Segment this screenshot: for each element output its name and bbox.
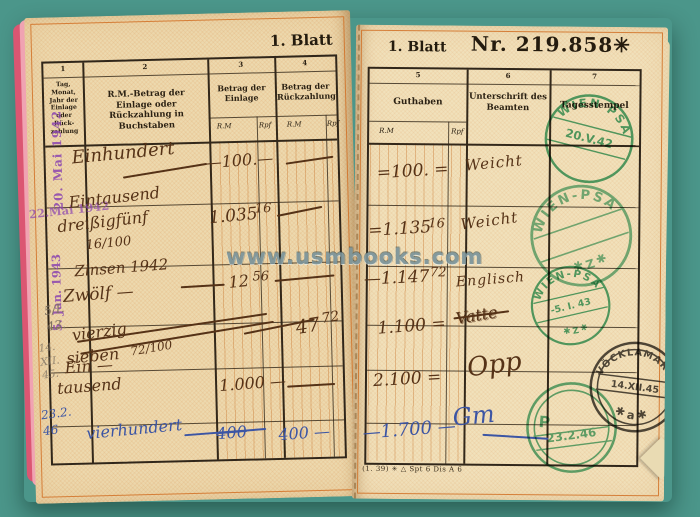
row6-rueckzahlung-amount: 400 — <box>278 421 331 444</box>
col5-rpf-label: Rpf <box>451 127 463 135</box>
row2-guthaben: =1.135 <box>368 217 432 241</box>
col1-number: 1 <box>43 65 82 75</box>
row2-einlage-rpf: 16 <box>255 201 272 216</box>
col5-number: 5 <box>370 71 467 81</box>
photo-of-open-savings-book: 1. Blatt 1 2 3 4 Tag, Monat, Jahr der Ei… <box>0 0 700 517</box>
col3-rpf-label: Rpf <box>259 121 272 129</box>
col4-rm-label: R.M <box>287 120 302 128</box>
right-sheet-label: 1. Blatt <box>388 39 447 56</box>
col3-number: 3 <box>207 60 274 70</box>
form-print-code: (1. 39) ✳ △ Spt 6 Dis A 6 <box>362 465 462 474</box>
col2-number: 2 <box>82 62 207 74</box>
row4-rueckzahlung-rpf: 72 <box>320 308 340 327</box>
row6-signature: Gm <box>451 400 495 432</box>
svg-text:20.V.42: 20.V.42 <box>564 126 614 152</box>
rm-rpf-rule-col5 <box>369 121 466 123</box>
col2-title: R.M.-Betrag der Einlage oder Rückzahlung… <box>88 88 205 133</box>
blue-date-row6: 23.2.46 <box>40 404 74 440</box>
date-stamp-20-mai-1942: 20. Mai 1942 <box>50 118 66 210</box>
row3-guthaben: —1.147 <box>363 267 429 290</box>
row3-einlage-rpf: 56 <box>252 269 269 284</box>
rm-rpf-rule-col4 <box>276 114 337 116</box>
row4-rueckzahlung-rm: 47 <box>294 313 321 339</box>
svg-text:P: P <box>538 412 551 432</box>
rm-rpf-rule-col3 <box>209 116 276 119</box>
svg-text:23.2.46: 23.2.46 <box>546 425 597 445</box>
col3-dotted-ruling <box>210 140 284 460</box>
col6-title: Unterschrift des Beamten <box>468 92 547 114</box>
col5-dotted-ruling <box>367 143 465 462</box>
col3-rm-label: R.M <box>217 122 232 130</box>
col5-title: Guthaben <box>369 97 466 109</box>
col4-number: 4 <box>274 58 335 68</box>
svg-text:✱ Z ✱: ✱ Z ✱ <box>561 322 591 339</box>
row5-guthaben: 2.100 = <box>372 367 441 391</box>
col4-title: Betrag der Rückzahlung <box>277 81 334 102</box>
usmbooks-watermark: www.usmbooks.com <box>226 245 483 269</box>
col5-rm-label: R.M <box>379 127 394 135</box>
account-number: Nr. 219.858✳ <box>456 32 646 58</box>
col4-dotted-ruling <box>277 138 345 457</box>
row3-einlage-rm: 12 <box>228 271 250 292</box>
svg-text:-5. I. 43: -5. I. 43 <box>550 296 592 316</box>
col3-title: Betrag der Einlage <box>210 82 273 104</box>
psa-stamp-23-2-46: P 23.2.46 <box>519 375 624 480</box>
col4-rpf-label: Rpf <box>327 119 340 127</box>
row5-words-line1: Ein — <box>64 355 114 378</box>
col6-number: 6 <box>467 72 550 81</box>
number-band-rule <box>370 83 640 86</box>
row2-guthaben-rpf: 16 <box>428 216 445 231</box>
